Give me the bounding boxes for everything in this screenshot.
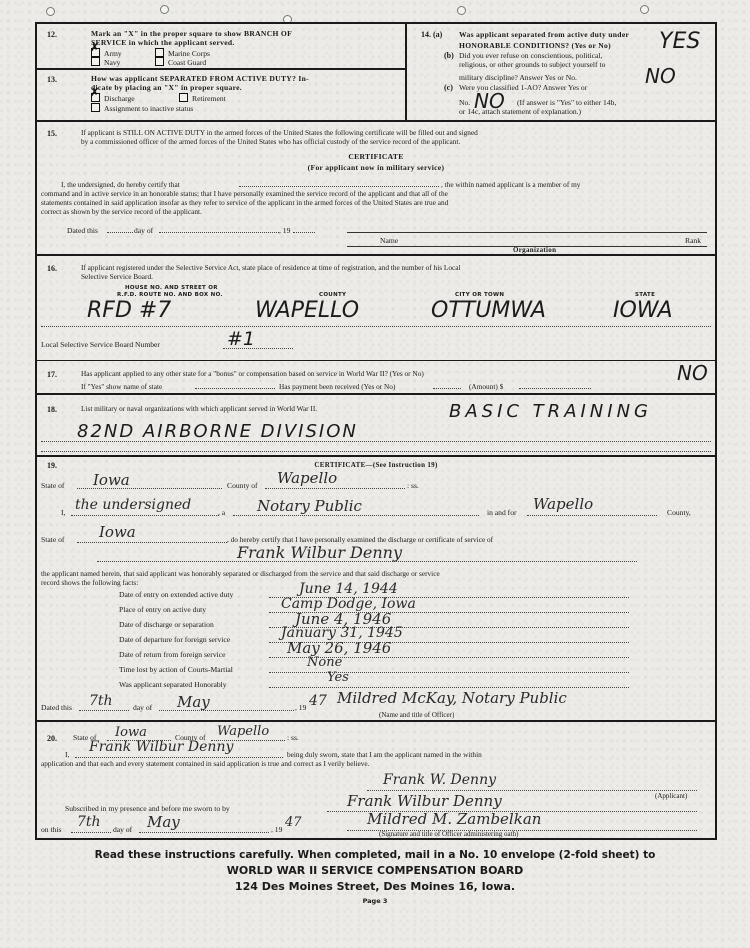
question-text: Did you ever refuse on conscientious, po…	[459, 51, 602, 60]
oath-month-field	[139, 832, 269, 833]
checkbox-checked[interactable]	[91, 93, 100, 102]
dated-day-field[interactable]	[107, 232, 133, 233]
question-text: Has payment been received (Yes or No)	[279, 382, 395, 391]
certifier-title-field	[233, 515, 479, 516]
year-prefix: , 19	[295, 703, 306, 712]
dated-day[interactable]: 7th	[89, 693, 113, 709]
certificate-title: CERTIFICATE	[37, 152, 715, 161]
payment-received-field[interactable]	[433, 388, 461, 389]
option-label: Retirement	[192, 94, 226, 103]
name-rank-field[interactable]	[347, 232, 707, 233]
certifier-title[interactable]: Notary Public	[257, 497, 362, 515]
punch-hole	[46, 7, 55, 16]
oath-year[interactable]: 47	[285, 815, 302, 830]
question-text: military discipline? Answer Yes or No.	[459, 73, 577, 82]
certifier-name[interactable]: the undersigned	[75, 497, 191, 513]
oath-month[interactable]: May	[147, 813, 180, 831]
state-value[interactable]: Iowa	[115, 725, 147, 740]
board-number[interactable]: #1	[227, 328, 255, 350]
sub-label: (b)	[444, 51, 454, 60]
dated-year[interactable]: 47	[309, 693, 327, 709]
rank-label: Rank	[685, 236, 701, 245]
question-text: Has applicant applied to any other state…	[81, 369, 424, 378]
section-18: 18. List military or naval organizations…	[37, 395, 715, 457]
answer-other-state-bonus[interactable]: NO	[677, 361, 708, 385]
fact-label: Date of departure for foreign service	[119, 635, 230, 644]
county2-field	[527, 515, 657, 516]
option-label: Assignment to inactive status	[104, 104, 193, 113]
oath-day-field	[71, 832, 111, 833]
mailing-instructions: Read these instructions carefully. When …	[0, 849, 750, 861]
county2-value[interactable]: Wapello	[533, 495, 593, 513]
state-label: State of	[41, 481, 64, 490]
option-inactive-status[interactable]: Assignment to inactive status	[91, 103, 193, 113]
residence-street[interactable]: RFD #7	[87, 298, 171, 323]
county-value[interactable]: Wapello	[217, 724, 269, 739]
punch-hole	[640, 5, 649, 14]
section-17: 17. Has applicant applied to any other s…	[37, 361, 715, 395]
question-text: dicate by placing an "X" in proper squar…	[91, 83, 242, 92]
question-number: 20.	[47, 734, 57, 743]
dated-label: , 19	[279, 226, 290, 235]
applicant-signature-line	[367, 790, 697, 791]
question-text: How was applicant SEPARATED FROM ACTIVE …	[91, 74, 309, 83]
residence-county[interactable]: WAPELLO	[255, 298, 359, 323]
state2-field	[77, 542, 227, 543]
fact-label: Was applicant separated Honorably	[119, 680, 227, 689]
certify-text: the applicant named herein, that said ap…	[41, 569, 440, 578]
in-and-for-label: in and for	[487, 508, 517, 517]
question-text: If applicant is STILL ON ACTIVE DUTY in …	[81, 128, 478, 137]
name-label: Name	[380, 236, 398, 245]
question-text: (If answer is "Yes" to either 14b,	[517, 98, 616, 107]
dated-label: Dated this	[67, 226, 98, 235]
fact-label: Time lost by action of Courts-Martial	[119, 665, 233, 674]
dated-day-field	[79, 710, 129, 711]
question-number: 15.	[47, 129, 57, 138]
residence-city[interactable]: OTTUMWA	[431, 298, 546, 323]
fact-value[interactable]: June 14, 1944	[299, 581, 398, 597]
officer-name[interactable]: Mildred McKay, Notary Public	[337, 689, 567, 707]
county-field	[265, 488, 405, 489]
dated-month-field[interactable]	[159, 232, 279, 233]
option-label: Navy	[104, 58, 120, 67]
fact-line	[269, 672, 629, 673]
a-label: , a	[218, 508, 225, 517]
checkbox[interactable]	[91, 103, 100, 112]
question-text: religious, or other grounds to subject y…	[459, 60, 605, 69]
form-frame: 12. Mark an "X" in the proper square to …	[35, 22, 717, 840]
county-label: County of	[227, 481, 258, 490]
fact-label: Place of entry on active duty	[119, 605, 206, 614]
section-12-14: 12. Mark an "X" in the proper square to …	[37, 24, 715, 122]
fact-line	[269, 687, 629, 688]
question-number: 14. (a)	[421, 30, 442, 39]
certificate-title: CERTIFICATE—(See Instruction 19)	[37, 461, 715, 470]
question-number: 12.	[47, 30, 57, 39]
certificate-subtitle: (For applicant now in military service)	[37, 163, 715, 172]
question-text: No.	[459, 98, 470, 107]
ss-label: : ss.	[287, 733, 299, 742]
question-text: HONORABLE CONDITIONS? (Yes or No)	[459, 41, 611, 50]
certify-name-field[interactable]	[239, 186, 439, 187]
oath-text: application and that each and every stat…	[41, 759, 369, 768]
applicant-label: (Applicant)	[655, 792, 687, 801]
oath-text: being duly sworn, state that I am the ap…	[287, 750, 482, 759]
question-number: 13.	[47, 75, 57, 84]
question-number: 16.	[47, 264, 57, 273]
residence-line	[41, 326, 711, 327]
question-text: SERVICE in which the applicant served.	[91, 38, 235, 47]
fact-value[interactable]: None	[307, 655, 342, 670]
option-retirement[interactable]: Retirement	[179, 93, 226, 103]
oath-name[interactable]: Frank Wilbur Denny	[89, 739, 233, 755]
divider	[37, 68, 405, 70]
certifier-name-field	[71, 515, 219, 516]
ss-label: : ss.	[407, 481, 419, 490]
officer-label: (Signature and title of Officer administ…	[379, 830, 518, 839]
dated-month[interactable]: May	[177, 693, 210, 711]
fact-label: Date of entry on extended active duty	[119, 590, 233, 599]
organization-label: Organization	[513, 246, 556, 255]
state2-value[interactable]: Iowa	[99, 523, 136, 541]
certify-text: record shows the following facts:	[41, 578, 138, 587]
residence-state[interactable]: IOWA	[613, 298, 673, 323]
state-value[interactable]: Iowa	[93, 471, 130, 489]
section-19: 19. CERTIFICATE—(See Instruction 19) Sta…	[37, 457, 715, 722]
board-address: 124 Des Moines Street, Des Moines 16, Io…	[0, 880, 750, 893]
punch-hole	[457, 6, 466, 15]
dated-label: Dated this	[41, 703, 72, 712]
amount-field[interactable]	[519, 388, 591, 389]
state2-label: State of	[41, 535, 64, 544]
organization-entry-2[interactable]: 82ND AIRBORNE DIVISION	[77, 421, 358, 442]
checkbox-checked[interactable]	[91, 48, 100, 57]
checkbox[interactable]	[155, 57, 164, 66]
question-text: If "Yes" show name of state	[81, 382, 162, 391]
section-15: 15. If applicant is STILL ON ACTIVE DUTY…	[37, 122, 715, 256]
question-number: 18.	[47, 405, 57, 414]
applicant-name[interactable]: Frank Wilbur Denny	[237, 543, 402, 562]
state-name-field[interactable]	[195, 388, 275, 389]
fact-label: Date of discharge or separation	[119, 620, 214, 629]
certify-text: command and in active service in an hono…	[41, 189, 448, 198]
certify-text: I, the undersigned, do hereby certify th…	[61, 180, 180, 189]
question-text: If applicant registered under the Select…	[81, 263, 461, 272]
checkbox[interactable]	[179, 93, 188, 102]
question-text: List military or naval organizations wit…	[81, 404, 317, 413]
certify-text: statements contained in said application…	[41, 198, 448, 207]
i-label: I,	[65, 750, 69, 759]
applicant-signature[interactable]: Frank W. Denny	[383, 772, 496, 788]
fact-value[interactable]: Yes	[327, 670, 349, 685]
subscribed-name[interactable]: Frank Wilbur Denny	[347, 792, 502, 810]
page-number: Page 3	[0, 897, 750, 905]
question-number: 17.	[47, 370, 57, 379]
sub-label: (c)	[444, 83, 453, 92]
question-text: Selective Service Board.	[81, 272, 153, 281]
board-label: Local Selective Service Board Number	[41, 340, 160, 349]
certify-text: , the within named applicant is a member…	[441, 180, 580, 189]
option-label: Discharge	[104, 94, 135, 103]
question-text: Mark an "X" in the proper square to show…	[91, 29, 292, 38]
dated-label: day of	[134, 226, 153, 235]
option-discharge[interactable]: Discharge	[91, 93, 135, 103]
officer-label: (Name and title of Officer)	[379, 711, 454, 720]
section-20: 20. State of Iowa County of Wapello : ss…	[37, 722, 715, 840]
officer-signature[interactable]: Mildred M. Zambelkan	[367, 810, 541, 828]
subscribed-label: Subscribed in my presence and before me …	[65, 804, 230, 813]
organization-line	[41, 441, 711, 442]
county-value[interactable]: Wapello	[277, 469, 337, 487]
organization-entry-1[interactable]: BASIC TRAINING	[449, 401, 652, 422]
question-text: (Amount) $	[469, 382, 503, 391]
oath-day[interactable]: 7th	[77, 814, 101, 830]
option-label: Coast Guard	[168, 58, 206, 67]
punch-hole	[160, 5, 169, 14]
on-this-label: on this	[41, 825, 61, 834]
question-text: Was applicant separated from active duty…	[459, 30, 629, 39]
answer-refuse-discipline[interactable]: NO	[645, 64, 676, 88]
column-divider	[405, 24, 407, 120]
fact-label: Date of return from foreign service	[119, 650, 225, 659]
year-prefix: , 19	[271, 825, 282, 834]
certify-text: correct as shown by the service record o…	[41, 207, 202, 216]
county-word: County,	[667, 508, 691, 517]
section-16: 16. If applicant registered under the Se…	[37, 256, 715, 361]
question-text: or 14c, attach statement of explanation.…	[459, 107, 581, 116]
dated-year-field[interactable]	[293, 232, 315, 233]
question-text: by a commissioned officer of the armed f…	[81, 137, 460, 146]
scanned-form-page: 12. Mark an "X" in the proper square to …	[0, 0, 750, 948]
answer-honorable[interactable]: YES	[659, 29, 700, 54]
board-name: WORLD WAR II SERVICE COMPENSATION BOARD	[0, 864, 750, 877]
i-label: I,	[61, 508, 65, 517]
day-of-label: day of	[113, 825, 132, 834]
organization-line	[41, 451, 711, 452]
option-coast-guard[interactable]: Coast Guard	[155, 57, 206, 67]
checkbox[interactable]	[155, 48, 164, 57]
option-navy[interactable]: Navy	[91, 57, 120, 67]
day-of-label: day of	[133, 703, 152, 712]
oath-name-field	[75, 757, 283, 758]
checkbox[interactable]	[91, 57, 100, 66]
